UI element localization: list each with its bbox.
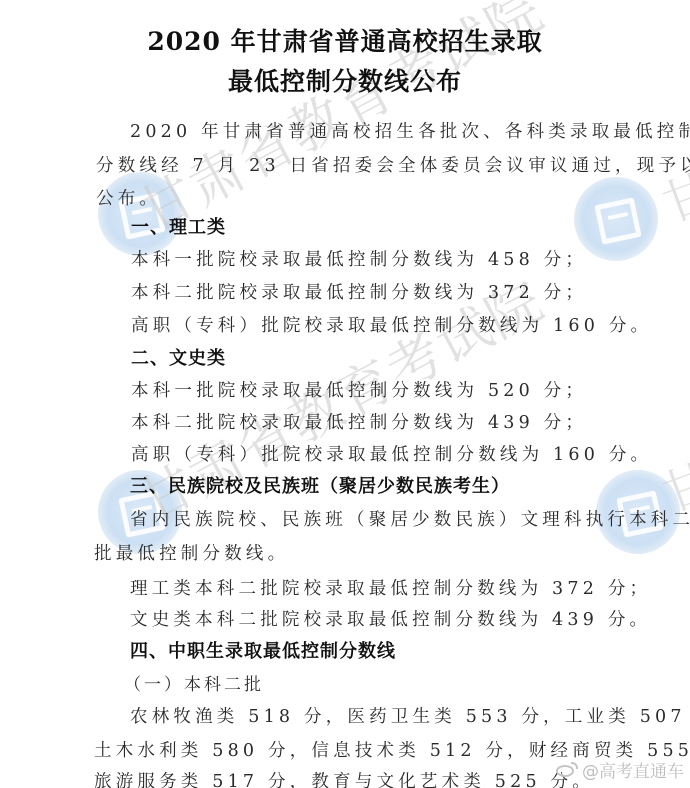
- document-content: 2020 年甘肃省普通高校招生录取 最低控制分数线公布 2020 年甘肃省普通高…: [0, 0, 690, 788]
- intro-line: 2020 年甘肃省普通高校招生各批次、各科类录取最低控制: [130, 118, 690, 143]
- weibo-attribution: @高考直通车: [556, 757, 684, 782]
- intro-line: 公布。: [96, 185, 161, 210]
- title-line-1: 2020 年甘肃省普通高校招生录取: [0, 22, 690, 58]
- weibo-icon: [556, 762, 578, 778]
- intro-line: 分数线经 7 月 23 日省招委会全体委员会议审议通过，现予以: [96, 152, 690, 177]
- science-line: 本科二批院校录取最低控制分数线为 372 分；: [131, 279, 587, 304]
- liberal-arts-line: 本科二批院校录取最低控制分数线为 439 分；: [131, 409, 587, 434]
- ethnic-line: 批最低控制分数线。: [94, 540, 289, 565]
- science-line: 高职（专科）批院校录取最低控制分数线为 160 分。: [131, 312, 652, 337]
- liberal-arts-line: 高职（专科）批院校录取最低控制分数线为 160 分。: [131, 441, 652, 466]
- vocational-line: 旅游服务类 517 分，教育与文化艺术类 525 分。: [94, 768, 594, 788]
- title-line-2: 最低控制分数线公布: [0, 62, 690, 98]
- ethnic-line: 文史类本科二批院校录取最低控制分数线为 439 分。: [130, 606, 651, 631]
- science-line: 本科一批院校录取最低控制分数线为 458 分；: [131, 246, 587, 271]
- ethnic-line: 省内民族院校、民族班（聚居少数民族）文理科执行本科二: [130, 506, 690, 531]
- section-heading-ethnic: 三、民族院校及民族班（聚居少数民族考生）: [130, 472, 510, 498]
- section-heading-vocational: 四、中职生录取最低控制分数线: [130, 637, 396, 663]
- subheading-batch2: （一）本科二批: [124, 670, 264, 695]
- section-heading-science: 一、理工类: [131, 213, 226, 239]
- section-heading-liberal-arts: 二、文史类: [131, 344, 226, 370]
- vocational-line: 农林牧渔类 518 分，医药卫生类 553 分，工业类 507 分，: [130, 703, 690, 728]
- document-page: 甘肃省教育考试院 甘肃省教育考试院 甘 甘 2020 年甘肃省普通高校招生录取 …: [0, 0, 690, 788]
- liberal-arts-line: 本科一批院校录取最低控制分数线为 520 分；: [131, 377, 587, 402]
- ethnic-line: 理工类本科二批院校录取最低控制分数线为 372 分；: [130, 575, 651, 600]
- attribution-handle: @高考直通车: [582, 757, 684, 782]
